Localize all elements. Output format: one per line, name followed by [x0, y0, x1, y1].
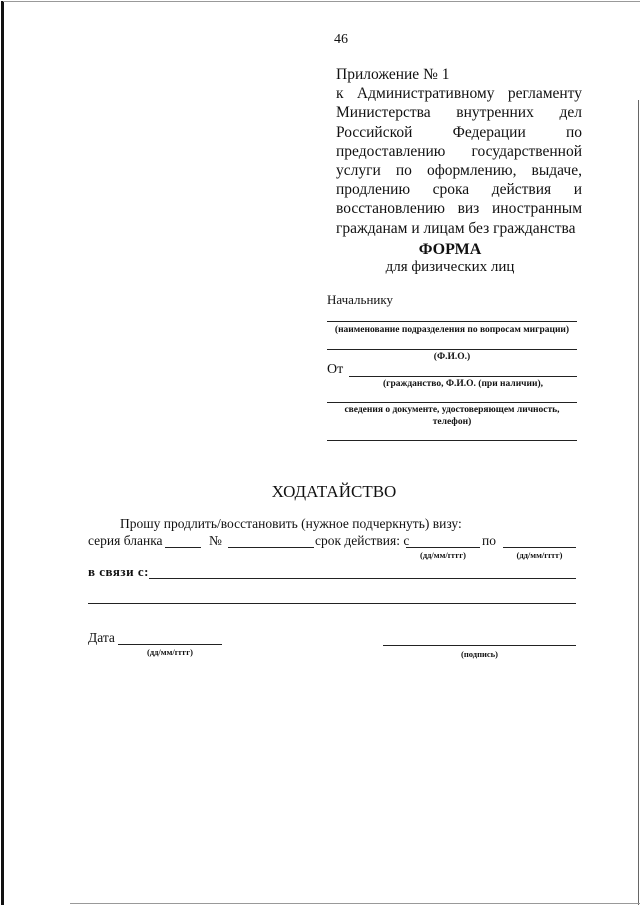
document-field-line[interactable] — [327, 402, 577, 403]
page-number: 46 — [334, 32, 348, 48]
valid-to-label: по — [482, 533, 496, 549]
signature-hint: (подпись) — [383, 649, 576, 659]
phone-field-line[interactable] — [327, 440, 577, 441]
appendix-line: гражданам и лицам без гражданства — [336, 219, 582, 238]
appendix-line: к Административному регламенту — [336, 84, 582, 103]
date-hint: (дд/мм/гггг) — [118, 647, 222, 657]
valid-to-hint: (дд/мм/гггг) — [503, 550, 576, 560]
appendix-line: восстановлению виз иностранным — [336, 199, 582, 218]
number-label: № — [209, 533, 222, 549]
petition-title: ХОДАТАЙСТВО — [0, 482, 640, 502]
appendix-title: Приложение № 1 — [336, 65, 582, 84]
reason-label: в связи с: — [88, 564, 149, 580]
form-subtitle: для физических лиц — [300, 259, 600, 276]
to-label: Начальнику — [327, 292, 393, 308]
signature-field-line[interactable] — [383, 645, 576, 646]
valid-from-field-line[interactable] — [406, 547, 480, 548]
department-field-line[interactable] — [327, 321, 577, 322]
page-border-right — [638, 100, 639, 905]
series-field-line[interactable] — [165, 547, 201, 548]
document-hint-1: сведения о документе, удостоверяющем лич… — [327, 405, 577, 415]
request-text: Прошу продлить/восстановить (нужное подч… — [120, 516, 462, 532]
page-border-bottom — [70, 903, 640, 904]
head-name-field-line[interactable] — [327, 349, 577, 350]
reason-field-line-1[interactable] — [149, 578, 576, 579]
appendix-block: Приложение № 1 к Административному регла… — [336, 65, 582, 238]
series-label: серия бланка — [88, 533, 163, 549]
validity-label: срок действия: с — [315, 533, 409, 549]
number-field-line[interactable] — [228, 547, 314, 548]
head-name-hint: (Ф.И.О.) — [327, 352, 577, 362]
form-title: ФОРМА — [300, 241, 600, 259]
valid-from-hint: (дд/мм/гггг) — [406, 550, 480, 560]
date-label: Дата — [88, 630, 115, 646]
valid-to-field-line[interactable] — [503, 547, 576, 548]
reason-field-line-2[interactable] — [88, 603, 576, 604]
date-field-line[interactable] — [118, 644, 222, 645]
department-hint: (наименование подразделения по вопросам … — [327, 325, 577, 335]
appendix-line: предоставлению государственной — [336, 142, 582, 161]
appendix-line: Министерства внутренних дел — [336, 103, 582, 122]
page-border-top — [3, 1, 640, 2]
page-border-left — [1, 1, 4, 905]
from-field-line[interactable] — [349, 376, 577, 377]
appendix-line: Российской Федерации по — [336, 123, 582, 142]
from-label: От — [327, 362, 343, 378]
appendix-line: продлению срока действия и — [336, 180, 582, 199]
citizenship-hint: (гражданство, Ф.И.О. (при наличии), — [349, 379, 577, 389]
document-hint-2: телефон) — [327, 417, 577, 427]
appendix-line: услуги по оформлению, выдаче, — [336, 161, 582, 180]
